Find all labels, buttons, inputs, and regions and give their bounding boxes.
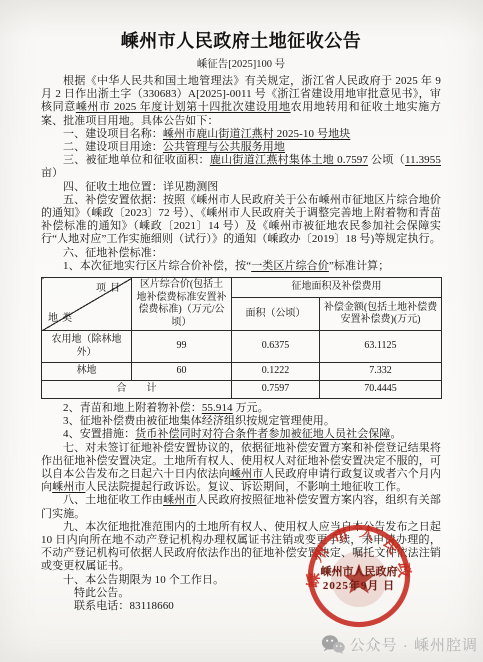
table-diagonal-header-cell: 项目 地类 — [42, 278, 132, 331]
paragraph: 根据《中华人民共和国土地管理法》有关规定，浙江省人民政府于 2025 年 9 月… — [41, 75, 441, 128]
text-segment: ”标准计算； — [329, 260, 389, 272]
paragraph: 1、本次征地实行区片综合价补偿，按“一类区片综合价”标准计算； — [41, 260, 441, 273]
document-number: 嵊征告[2025]100 号 — [41, 59, 441, 71]
table-total-row: 合 计 0.7597 70.4445 — [42, 381, 442, 399]
paragraph: 四、征收土地位置：详见勘测图 — [41, 181, 441, 194]
text-segment: 4、安置措施： — [63, 428, 135, 440]
paragraph: 3、征地补偿费由被征地集体经济组织按规定管理使用。 — [41, 415, 441, 428]
announcement-body-bottom: 2、青苗和地上附着物补偿：55.914 万元。3、征地补偿费由被征地集体经济组织… — [41, 402, 441, 613]
watermark-text: 公众号 · 嵊州腔调 — [350, 634, 478, 655]
paragraph: 一、建设项目名称：嵊州市鹿山街道江燕村 2025-10 号地块 — [41, 128, 441, 141]
diagonal-label-item: 项目 — [96, 283, 124, 296]
paragraph: 九、本次征地批准范围内的土地所有权人、使用权人应当自本公告发布之日起 10 日内… — [41, 521, 441, 574]
cell-total-area: 0.7597 — [232, 381, 320, 399]
underlined-text: 嵊州市 — [52, 481, 85, 493]
cell-total-amount: 70.4445 — [320, 381, 442, 399]
text-segment: 万元。 — [233, 402, 269, 414]
underlined-text: 55.914 — [202, 402, 233, 414]
paragraph: 4、安置措施：货币补偿同时对符合条件者参加被征地人员社会保障。 — [41, 428, 441, 441]
text-segment: 2、青苗和地上附着物补偿： — [63, 402, 202, 414]
paragraph: 八、土地征收工作由嵊州市人民政府按照征地补偿安置方案内容，组织有关部门实施。 — [41, 494, 441, 520]
announcement-body-top: 根据《中华人民共和国土地管理法》有关规定，浙江省人民政府于 2025 年 9 月… — [41, 75, 441, 273]
column-header-group: 征地面积及补偿费用 — [232, 278, 442, 298]
text-segment: 人民法院提起行政诉讼。复议、诉讼期间，不影响土地征收工作。 — [85, 481, 407, 493]
text-segment: 公顷（ — [368, 154, 405, 166]
text-segment: 八、土地征收工作由 — [63, 494, 163, 506]
cell-total-label: 合 计 — [42, 381, 232, 399]
underlined-text: 嵊州市 — [163, 494, 196, 506]
paragraph: 二、建设项目用途：公共管理与公共服务用地 — [41, 141, 441, 154]
paragraph: 六、征地补偿标准： — [41, 247, 441, 260]
paragraph: 特此公告。 — [41, 587, 441, 600]
underlined-text: 嵊州市 — [230, 468, 263, 480]
compensation-table: 项目 地类 区片综合价(包括土地补偿费标准安置补偿费标准)（万元/公顷） 征地面… — [41, 277, 442, 399]
text-segment: 九、本次征地批准范围内的土地所有权人、使用权人应当自本公告发布之日起 10 日内… — [41, 521, 441, 573]
text-segment: 特此公告。 — [74, 587, 130, 599]
underlined-text: 鹿山街道江燕村集体土地 0.7597 — [210, 154, 368, 166]
underlined-text: 11.3955 — [405, 154, 441, 166]
text-segment: 。 — [391, 428, 402, 440]
underlined-text: 一类区片综合价 — [251, 260, 329, 272]
diagonal-label-landtype: 地类 — [48, 313, 76, 326]
cell-area: 0.6375 — [232, 331, 320, 363]
underlined-text: 公共管理与公共服务用地 — [163, 141, 285, 153]
paragraph: 五、补偿安置依据：按照《嵊州市人民政府关于公布嵊州市征地区片综合地价的通知》（嵊… — [41, 194, 441, 247]
text-segment: 十、本公告期限为 10 个工作日。 — [63, 574, 224, 586]
underlined-text: 嵊州市鹿山街道江燕村 2025-10 号地块 — [163, 128, 350, 140]
text-segment: 一、建设项目名称： — [63, 128, 163, 140]
cell-land-type: 林地 — [42, 363, 132, 381]
paragraph: 三、被征地单位和征收面积：鹿山街道江燕村集体土地 0.7597 公顷（11.39… — [41, 154, 441, 180]
underlined-text: 货币补偿同时对符合条件者参加被征地人员社会保障 — [135, 428, 390, 440]
paragraph: 十、本公告期限为 10 个工作日。 — [41, 574, 441, 587]
table-row: 农用地（除林地外） 99 0.6375 63.1125 — [42, 331, 442, 363]
table-row: 林地 60 0.1222 7.332 — [42, 363, 442, 381]
paragraph: 2、青苗和地上附着物补偿：55.914 万元。 — [41, 402, 441, 415]
text-segment: 1、本次征地实行区片综合价补偿，按“ — [63, 260, 251, 272]
text-segment: 三、被征地单位和征收面积： — [63, 154, 210, 166]
text-segment: 四、征收土地位置：详见勘测图 — [63, 181, 218, 193]
column-header-price: 区片综合价(包括土地补偿费标准安置补偿费标准)（万元/公顷） — [132, 278, 232, 331]
cell-amount: 7.332 — [320, 363, 442, 381]
wechat-watermark: 公众号 · 嵊州腔调 — [321, 634, 478, 655]
cell-land-type: 农用地（除林地外） — [42, 331, 132, 363]
column-header-amount: 补偿金额(包括土地补偿费安置补偿费)(万元) — [320, 298, 442, 331]
text-segment: 亩） — [41, 167, 63, 179]
wechat-icon — [321, 634, 345, 655]
cell-price: 99 — [132, 331, 232, 363]
announcement-page: 嵊州市人民政府土地征收公告 嵊征告[2025]100 号 根据《中华人民共和国土… — [0, 0, 483, 662]
underlined-text: 嵊州市 2025 年度计划第十四批次建设用地 — [76, 101, 291, 113]
text-segment: 五、补偿安置依据：按照《嵊州市人民政府关于公布嵊州市征地区片综合地价的通知》（嵊… — [41, 194, 441, 246]
cell-price: 60 — [132, 363, 232, 381]
cell-area: 0.1222 — [232, 363, 320, 381]
column-header-area: 面积（公顷） — [232, 298, 320, 331]
paragraph: 联系电话：83118660 — [41, 600, 441, 613]
page-title: 嵊州市人民政府土地征收公告 — [41, 30, 441, 52]
cell-amount: 63.1125 — [320, 331, 442, 363]
text-segment: 3、征地补偿费由被征地集体经济组织按规定管理使用。 — [63, 415, 335, 427]
text-segment: 二、建设项目用途： — [63, 141, 163, 153]
text-segment: 联系电话：83118660 — [74, 600, 174, 612]
text-segment: 六、征地补偿标准： — [63, 247, 163, 259]
paragraph: 七、对未签订征地补偿安置协议的，依据征地补偿安置方案和补偿登记结果将作出征地补偿… — [41, 442, 441, 495]
